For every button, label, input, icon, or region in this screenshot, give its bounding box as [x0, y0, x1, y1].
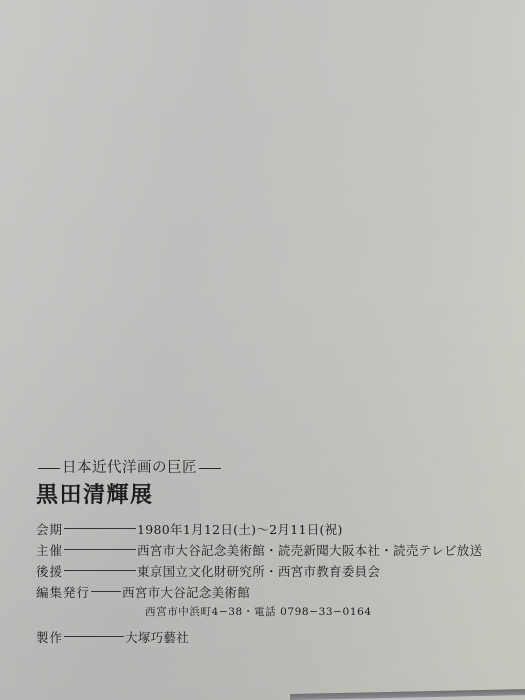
dash-left	[38, 468, 60, 469]
book-page: 日本近代洋画の巨匠 黒田清輝展 会期 1980年1月12日(土)〜2月11日(祝…	[0, 0, 525, 700]
exhibition-subtitle: 日本近代洋画の巨匠	[36, 458, 516, 478]
credits-list: 会期 1980年1月12日(土)〜2月11日(祝) 主催 西宮市大谷記念美術館・…	[36, 518, 516, 647]
credit-label: 編集発行	[36, 583, 90, 601]
credit-value: 東京国立文化財研究所・西宮市教育委員会	[137, 562, 380, 580]
credit-row-organizer: 主催 西宮市大谷記念美術館・読売新聞大阪本社・読売テレビ放送	[36, 539, 516, 560]
leader-line	[64, 636, 124, 637]
leader-line	[64, 570, 136, 571]
dash-right	[199, 468, 221, 469]
publisher-address: 西宮市中浜町4−38・電話 0798−33−0164	[36, 602, 516, 620]
page-bottom-edge	[290, 689, 525, 700]
leader-line	[64, 528, 136, 529]
colophon-block: 日本近代洋画の巨匠 黒田清輝展 会期 1980年1月12日(土)〜2月11日(祝…	[36, 458, 516, 647]
subtitle-text: 日本近代洋画の巨匠	[62, 460, 197, 476]
credit-label: 会期	[36, 520, 63, 538]
credit-label: 後援	[36, 562, 63, 580]
exhibition-title: 黒田清輝展	[36, 480, 516, 510]
credit-value: 西宮市大谷記念美術館・読売新聞大阪本社・読売テレビ放送	[137, 541, 482, 559]
credit-value: 大塚巧藝社	[125, 628, 189, 646]
leader-line	[91, 591, 121, 592]
credit-value: 西宮市大谷記念美術館	[122, 583, 250, 601]
credit-row-publisher: 編集発行 西宮市大谷記念美術館	[36, 581, 516, 602]
credit-row-period: 会期 1980年1月12日(土)〜2月11日(祝)	[36, 518, 516, 539]
credit-value: 1980年1月12日(土)〜2月11日(祝)	[137, 520, 343, 538]
credit-row-production: 製作 大塚巧藝社	[36, 626, 516, 647]
credit-row-support: 後援 東京国立文化財研究所・西宮市教育委員会	[36, 560, 516, 581]
credit-label: 製作	[36, 628, 63, 646]
leader-line	[64, 549, 136, 550]
credit-label: 主催	[36, 541, 63, 559]
